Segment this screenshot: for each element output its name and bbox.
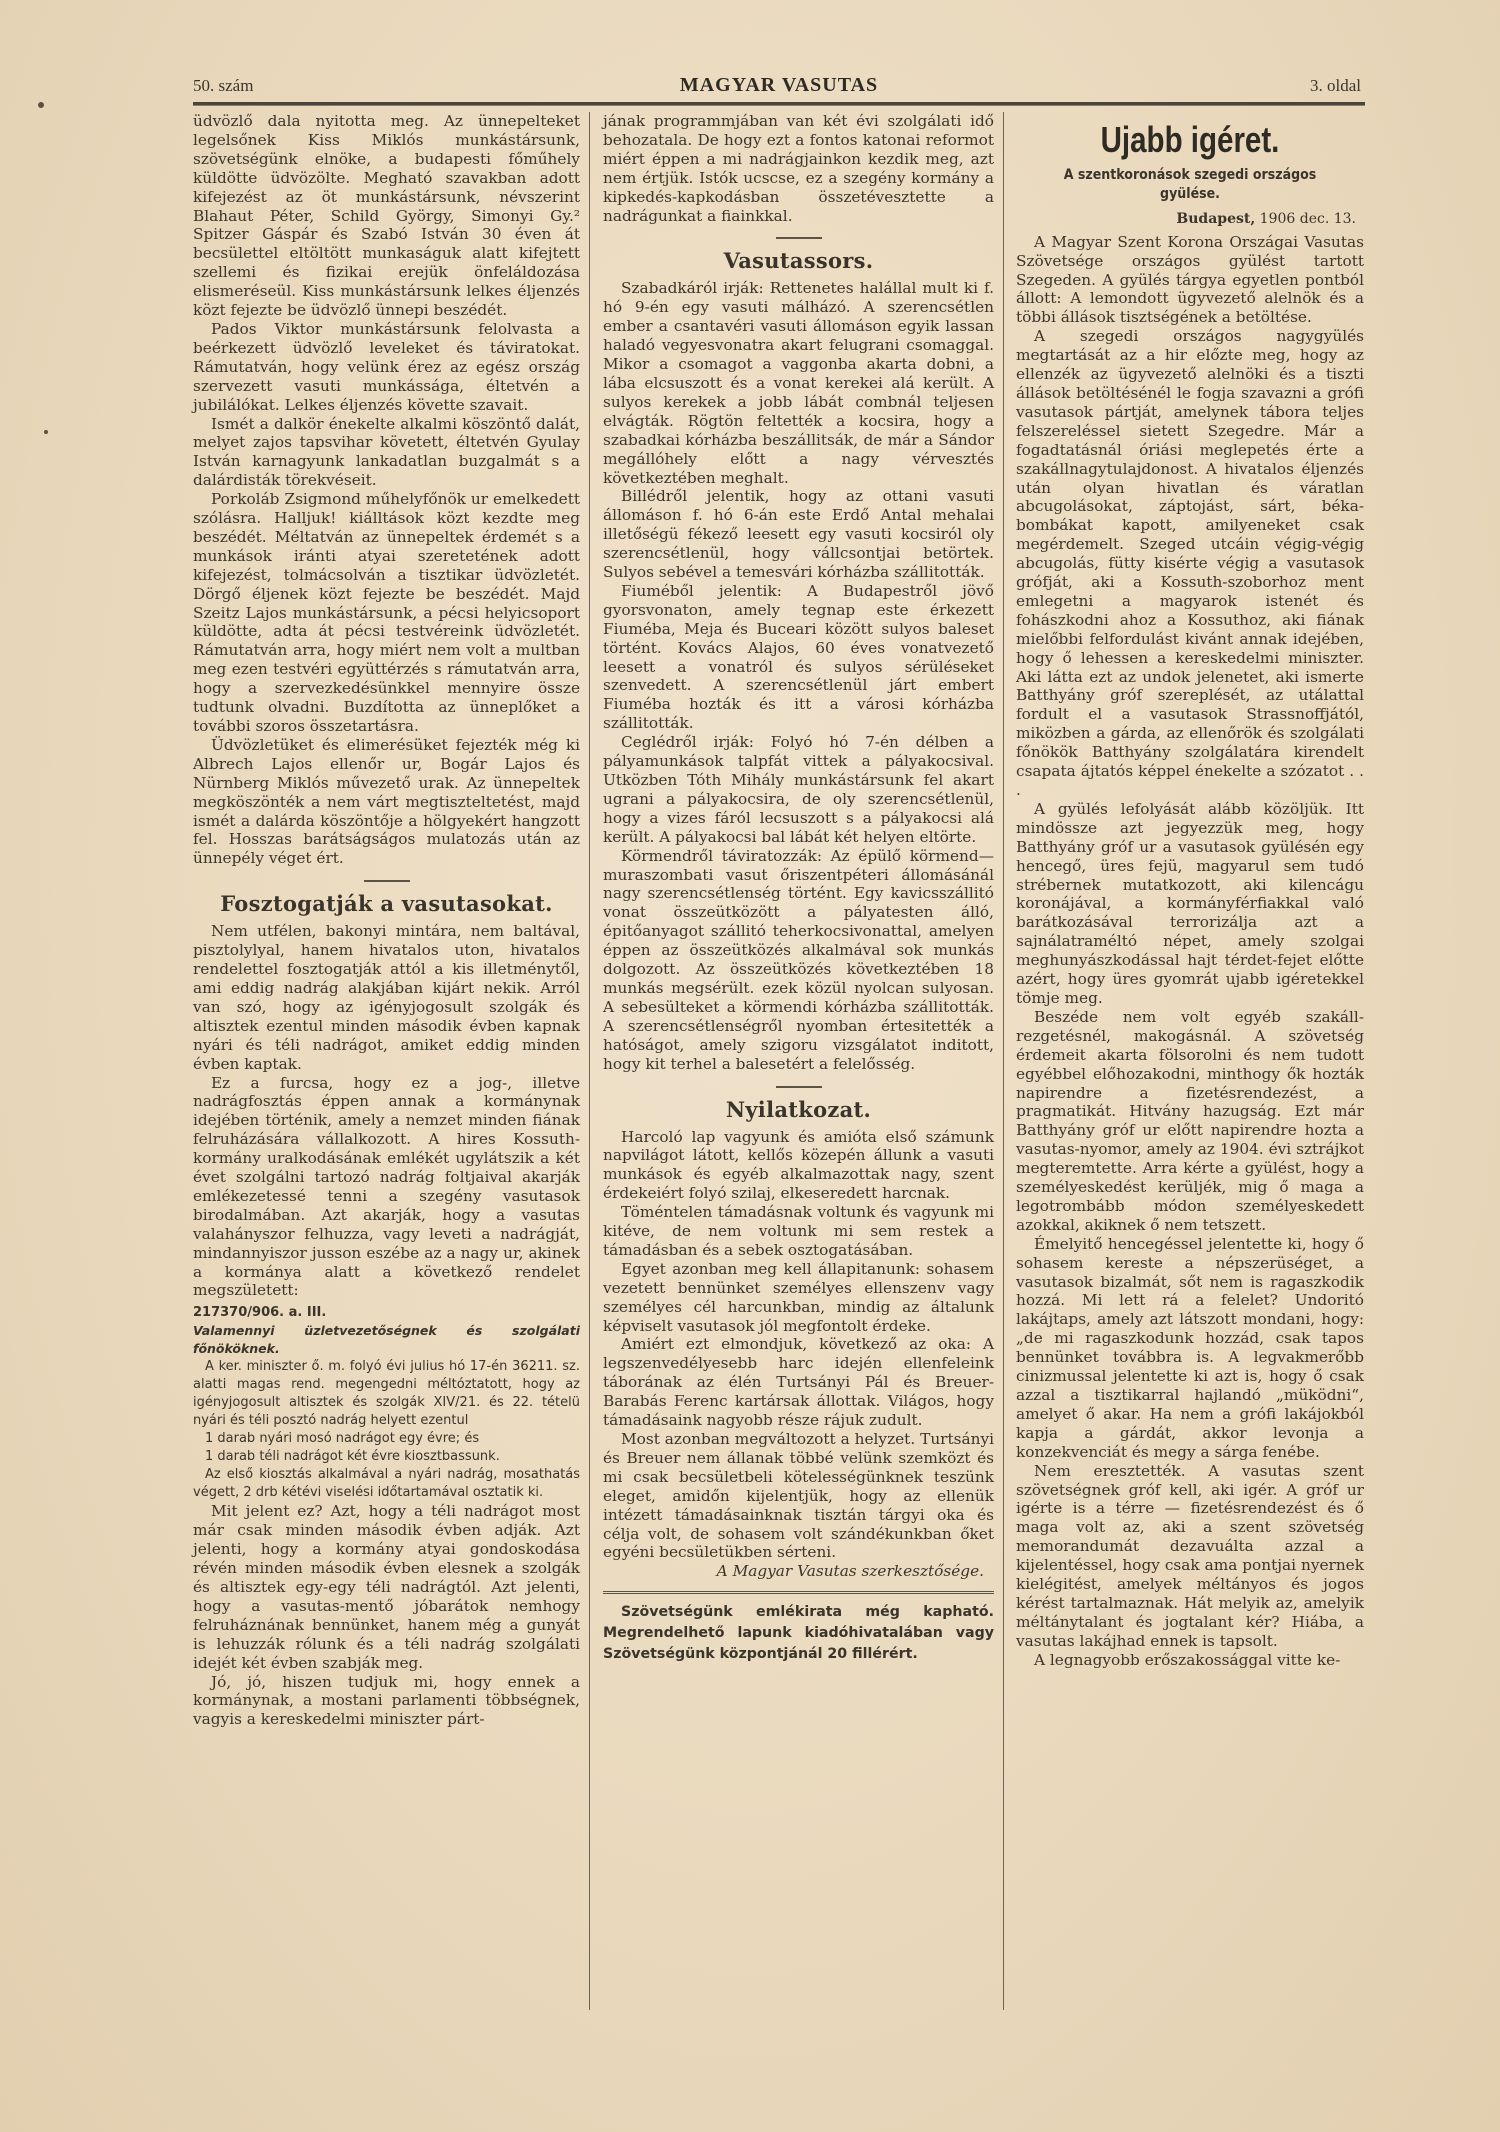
newspaper-title: MAGYAR VASUTAS — [193, 74, 1365, 97]
decree-item: 1 darab nyári mosó nadrágot egy évre; és — [193, 1430, 580, 1448]
article-heading: Nyilatkozat. — [603, 1098, 994, 1122]
paragraph: A gyülés lefolyását alább közöljük. Itt … — [1016, 800, 1364, 1008]
paragraph: Ceglédről irják: Folyó hó 7-én délben a … — [603, 733, 994, 846]
article-heading: Vasutassors. — [603, 249, 994, 273]
paragraph: Jó, jó, hiszen tudjuk mi, hogy ennek a k… — [193, 1673, 580, 1730]
paragraph: Billédről jelentik, hogy az ottani vasut… — [603, 487, 994, 582]
newspaper-page: 50. szám MAGYAR VASUTAS 3. oldal üdvözlő… — [193, 72, 1365, 2010]
article-separator — [364, 880, 410, 882]
paragraph: Egyet azonban meg kell állapitanunk: soh… — [603, 1260, 994, 1336]
paragraph: Töméntelen támadásnak voltunk és vagyunk… — [603, 1203, 994, 1260]
paragraph: A szegedi országos nagygyülés megtartásá… — [1016, 327, 1364, 800]
decree-closing: Az első kiosztás alkalmával a nyári nadr… — [193, 1466, 580, 1502]
article-subheading: A szentkoronások szegedi országos gyülés… — [1033, 166, 1346, 204]
paragraph: A legnagyobb erőszakossággal vitte ke- — [1016, 1651, 1364, 1670]
dateline: Budapest, 1906 dec. 13. — [1016, 210, 1364, 229]
paragraph: Porkoláb Zsigmond műhelyfőnök ur emelked… — [193, 490, 580, 736]
decree-quote: 217370/906. a. III. Valamennyi üzletveze… — [193, 1304, 580, 1502]
decree-number: 217370/906. a. III. — [193, 1304, 580, 1322]
paragraph: üdvözlő dala nyitotta meg. Az ünnepeltek… — [193, 112, 580, 320]
paragraph: Ismét a dalkör énekelte alkalmi köszöntő… — [193, 415, 580, 491]
masthead-rule — [193, 102, 1365, 106]
paragraph: Émelyitő hencegéssel jelentette ki, hogy… — [1016, 1235, 1364, 1462]
columns: üdvözlő dala nyitotta meg. Az ünnepeltek… — [193, 112, 1365, 2010]
notice-text: Szövetségünk emlékirata még kapható. Meg… — [603, 1602, 994, 1665]
paragraph: A Magyar Szent Korona Országai Vasutas S… — [1016, 233, 1364, 328]
margin-ink-spot — [44, 430, 48, 434]
article-separator — [776, 1086, 822, 1088]
signature: A Magyar Vasutas szerkesztősége. — [603, 1562, 994, 1581]
article-separator — [776, 237, 822, 239]
paragraph: Nem utfélen, bakonyi mintára, nem baltáv… — [193, 922, 580, 1073]
paragraph: Ez a furcsa, hogy ez a jog-, illetve nad… — [193, 1074, 580, 1301]
masthead: 50. szám MAGYAR VASUTAS 3. oldal — [193, 72, 1365, 100]
decree-body: A ker. miniszter ő. m. folyó évi julius … — [193, 1358, 580, 1430]
paragraph: Beszéde nem volt egyéb szakáll-rezgetésn… — [1016, 1008, 1364, 1235]
column-3: Ujabb igéret. A szentkoronások szegedi o… — [1004, 112, 1364, 2010]
margin-ink-spot — [38, 102, 44, 108]
dateline-date: 1906 dec. 13. — [1260, 211, 1356, 227]
paragraph: Harcoló lap vagyunk és amióta első számu… — [603, 1128, 994, 1204]
paragraph: Üdvözletüket és elimerésüket fejezték mé… — [193, 736, 580, 868]
decree-item: 1 darab téli nadrágot két évre kiosztbas… — [193, 1448, 580, 1466]
notice-box: Szövetségünk emlékirata még kapható. Meg… — [603, 1591, 994, 1665]
paragraph: Körmendről táviratozzák: Az épülő körmen… — [603, 847, 994, 1074]
column-1: üdvözlő dala nyitotta meg. Az ünnepeltek… — [193, 112, 590, 2010]
decree-addressee: Valamennyi üzletvezetőségnek és szolgála… — [193, 1322, 580, 1358]
paragraph: Nem eresztették. A vasutas szent szövets… — [1016, 1462, 1364, 1651]
paragraph: Fiuméből jelentik: A Budapestről jövő gy… — [603, 582, 994, 733]
article-heading: Fosztogatják a vasutasokat. — [193, 892, 580, 916]
article-heading: Ujabb igéret. — [1047, 120, 1332, 160]
paragraph: Most azonban megváltozott a helyzet. Tur… — [603, 1430, 994, 1562]
column-2: jának programmjában van két évi szolgála… — [590, 112, 1004, 2010]
paragraph: jának programmjában van két évi szolgála… — [603, 112, 994, 225]
paragraph: Pados Viktor munkástársunk felolvasta a … — [193, 320, 580, 415]
paragraph: Szabadkáról irják: Rettenetes halállal m… — [603, 279, 994, 487]
paragraph: Mit jelent ez? Azt, hogy a téli nadrágot… — [193, 1502, 580, 1672]
dateline-place: Budapest, — [1176, 211, 1255, 227]
paragraph: Amiért ezt elmondjuk, következő az oka: … — [603, 1335, 994, 1430]
page-number: 3. oldal — [1310, 76, 1361, 96]
